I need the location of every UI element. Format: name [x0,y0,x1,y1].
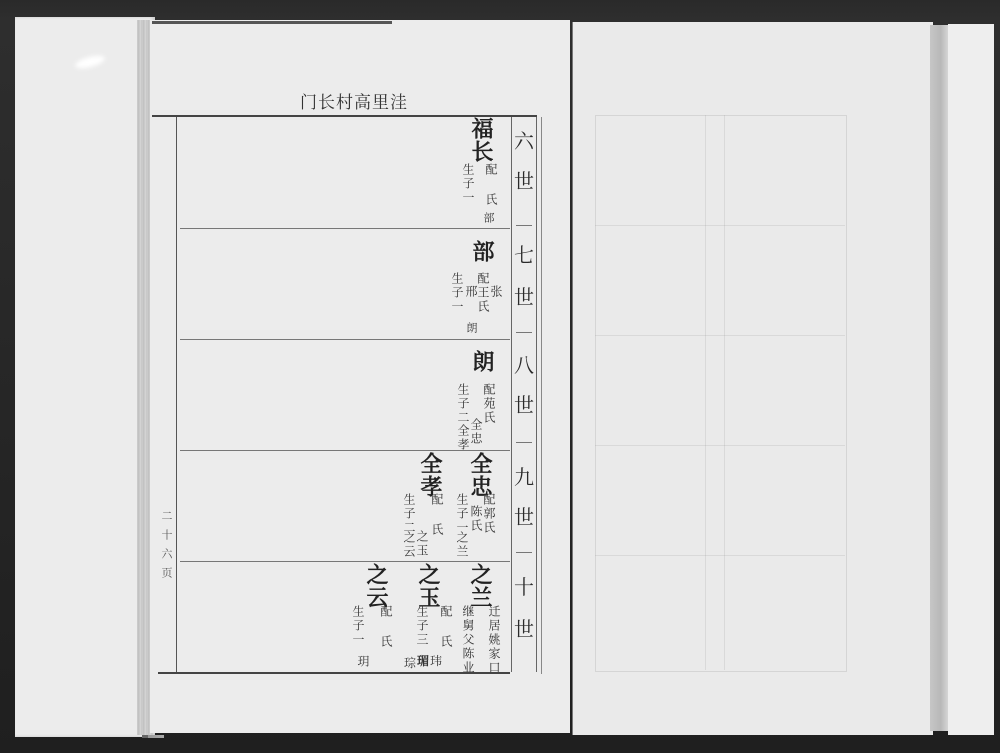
children-note: 生子二 [457,383,469,425]
scan-edge-mark [142,735,164,738]
page-top-rule [152,21,392,24]
spouse-extra-chen: 陈氏 [470,505,482,533]
page-header-title: 洼里高村长门 [300,88,440,113]
children-note: 生子三 [416,605,428,647]
bleed-through-row-line [595,555,845,556]
child-link-quanzhong: 全忠 [470,418,482,446]
page-fold-shadow [930,25,948,731]
generation-separator [516,332,532,333]
child-link-zhiyu: 之玉 [416,530,428,558]
spouse-note: 配 氏 [431,493,443,537]
generation-separator [516,225,532,226]
child-link-zhilan: 之兰 [456,531,468,559]
generation-label-7: 七世 [512,245,536,307]
spouse-note: 配 氏 [380,605,392,649]
person-name-quanxiao: 全孝 [419,452,441,498]
person-name-quanzhong: 全忠 [469,452,491,498]
child-link-wei: 玮 [430,655,442,667]
child-link-yue: 玥 [357,655,369,669]
row-divider [180,228,510,229]
left-flap-page [15,17,155,737]
person-name-zhilan: 之兰 [469,563,491,609]
bleed-through-row-line [595,335,845,336]
child-link-cong: 琮 [404,657,416,669]
spouse-note: 配郭氏 [483,493,495,535]
row-divider [180,561,510,562]
bleed-through-row-line [595,225,845,226]
generation-label-10: 十世 [512,577,536,639]
spouse-note: 配 氏 [440,605,452,649]
spouse-note: 配 氏 [485,163,497,207]
children-note: 生子一 [352,605,364,647]
child-link: 朗 [466,322,477,334]
generation-label-6: 六世 [512,131,536,191]
generation-separator [516,442,532,443]
row-divider [180,339,510,340]
child-link: 部 [483,212,494,224]
child-link-zhiyun: 之云 [403,531,415,559]
spouse-extra-xing: 邢 [465,285,477,299]
spouse-note: 配苑氏 [483,383,495,425]
children-note: 生子一 [462,163,474,205]
generation-label-8: 八世 [512,355,536,415]
person-name-fuchang: 福长 [470,117,492,163]
generation-column: 六世 七世 八世 九世 十世 [511,117,537,672]
outer-border-line [541,117,542,674]
person-name-bu: 部 [471,240,493,263]
children-note: 生子一 [451,272,463,314]
children-note: 生子一 [456,493,468,535]
migration-note: 迁居姚家口 [488,605,500,675]
page-number: 二十六页 [158,510,174,586]
child-link-mei: 瑂 [417,655,429,667]
person-name-zhiyu: 之玉 [417,563,439,609]
bleed-through-row-line [595,445,845,446]
person-name-lang: 朗 [471,350,493,373]
children-note: 生子二 [403,493,415,535]
spouse-extra-zhang: 张 [490,285,502,299]
generation-label-9: 九世 [512,467,536,527]
grid-bottom-rule [158,672,510,674]
person-name-zhiyun: 之云 [365,563,387,609]
spouse-note: 配王氏 [477,272,489,314]
next-page-edge [948,24,994,735]
light-glare [74,53,106,70]
child-link-quanxiao: 全孝 [457,424,469,452]
generation-separator [516,552,532,553]
bleed-through-column [705,115,725,670]
adoption-note: 继舅父陈业 [462,605,474,675]
